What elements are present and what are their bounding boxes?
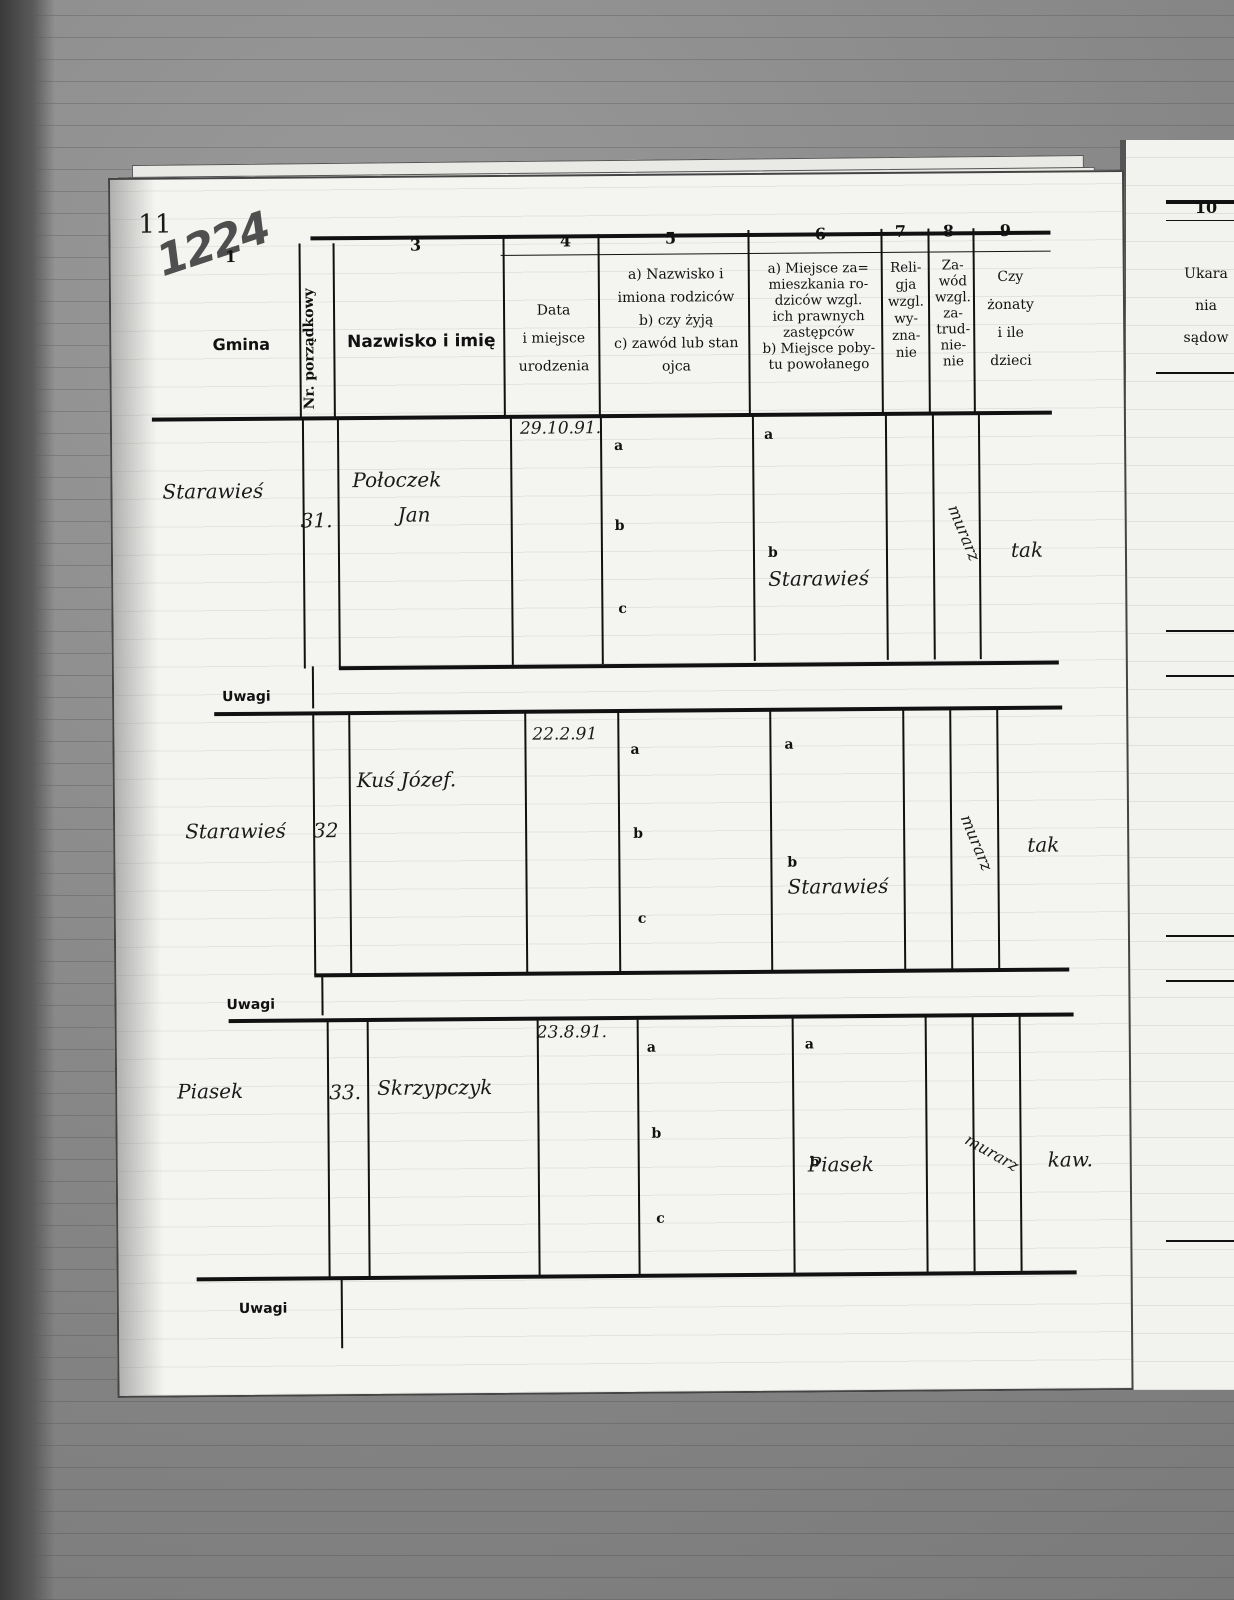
column-number-9: 9 (990, 223, 1020, 239)
column-header-religion: Reli- gja wzgl. wy- zna- nie (881, 260, 932, 362)
entry-1-label-a: a (614, 438, 623, 454)
column-header-birth: Data i miejsce urodzenia (506, 296, 602, 381)
binding-shadow (0, 0, 55, 1600)
page-edge-shadow (110, 180, 165, 1396)
entry-3-married: kaw. (1048, 1147, 1093, 1171)
header-line: sądow (1156, 322, 1234, 354)
header-line: b) czy żyją (601, 309, 751, 333)
entry-2-residence: Starawieś (787, 874, 888, 899)
header-line: imiona rodziców (601, 286, 751, 310)
header-line: wzgl. (929, 289, 977, 305)
column-header-gmina: Gmina (181, 336, 301, 353)
header-line: wy- (881, 311, 931, 328)
entry-2-residence-label-b: b (787, 855, 797, 871)
header-line: urodzenia (506, 352, 601, 381)
header-line: za- (929, 305, 977, 321)
entry-1-gmina: Starawieś (162, 479, 263, 504)
column-header-10: Ukara nia sądow (1156, 258, 1234, 354)
entry-3-occupation: murarz (962, 1130, 1022, 1176)
column-number-3: 3 (400, 237, 430, 253)
entry-2-occupation: murarz (957, 812, 997, 874)
column-header-occupation: Za- wód wzgl. za- trud- nie- nie (929, 257, 978, 369)
header-line: c) zawód lub stan (601, 332, 751, 356)
entry-1-surname: Połoczek (352, 467, 441, 492)
header-line: gja (881, 277, 931, 294)
header-line: Data (506, 296, 601, 325)
header-line: ojca (601, 355, 751, 379)
entry-2-label-c: c (638, 911, 647, 927)
column-number-10: 10 (1176, 200, 1234, 216)
entry-1-label-c: c (618, 601, 627, 617)
header-line: nia (1156, 290, 1234, 322)
entry-2-remarks-label: Uwagi (226, 997, 275, 1013)
column-number-5: 5 (655, 230, 685, 246)
header-line: i ile (973, 319, 1048, 348)
entry-3-label-b: b (651, 1126, 661, 1142)
entry-3-remarks-label: Uwagi (239, 1301, 288, 1317)
entry-3-birth-date: 23.8.91. (537, 1022, 607, 1043)
entry-1-residence-label-b: b (768, 545, 778, 561)
header-line: Za- (929, 257, 977, 273)
adjacent-page: 10 Ukara nia sądow (1120, 140, 1234, 1390)
header-line: ich prawnych (751, 308, 886, 325)
header-line: dzieci (973, 347, 1048, 376)
entry-3-residence-label-a: a (805, 1036, 814, 1052)
entry-2-name: Kuś Józef. (357, 767, 457, 792)
entry-3-residence: Piasek (808, 1152, 874, 1177)
column-number-6: 6 (805, 226, 835, 242)
header-line: wód (929, 273, 977, 289)
header-line: trud- (929, 321, 977, 337)
entry-3-nr: 33. (329, 1080, 361, 1104)
column-number-7: 7 (885, 224, 915, 240)
column-header-nr: Nr. porządkowy (301, 273, 326, 423)
entry-3-gmina: Piasek (177, 1079, 243, 1104)
entry-3-name: Skrzypczyk (377, 1075, 492, 1100)
entry-1-birth-date: 29.10.91. (520, 418, 601, 439)
header-line: nie- (929, 337, 977, 353)
entry-3-label-a: a (647, 1040, 656, 1056)
entry-1-married: tak (1011, 538, 1043, 562)
column-number-8: 8 (933, 223, 963, 239)
entry-1-residence: Starawieś (768, 566, 869, 591)
header-line: tu powołanego (751, 356, 886, 373)
entry-2-nr: 32 (313, 818, 339, 842)
entry-1-remarks-label: Uwagi (222, 689, 271, 705)
header-line: nie (881, 345, 931, 362)
column-number-4: 4 (550, 233, 580, 249)
column-header-name: Nazwisko i imię (336, 333, 506, 350)
header-line: a) Miejsce za= (751, 260, 886, 277)
entry-1-firstname: Jan (398, 502, 431, 526)
header-line: mieszkania ro- (751, 276, 886, 293)
column-header-married: Czy żonaty i ile dzieci (973, 263, 1049, 376)
entry-2-label-a: a (630, 742, 639, 758)
column-header-residence: a) Miejsce za= mieszkania ro- dziców wzg… (751, 260, 887, 373)
entry-2-gmina: Starawieś (185, 819, 286, 844)
entry-2-married: tak (1027, 833, 1059, 857)
entry-2-birth-date: 22.2.91 (532, 724, 597, 745)
header-line: Ukara (1156, 258, 1234, 290)
entry-1-label-b: b (615, 518, 625, 534)
column-header-parents: a) Nazwisko i imiona rodziców b) czy żyj… (601, 263, 752, 379)
header-line: b) Miejsce poby- (751, 340, 886, 357)
entry-2-label-b: b (633, 826, 643, 842)
header-line: zastępców (751, 324, 886, 341)
header-line: Reli- (881, 260, 931, 277)
entry-1-residence-label-a: a (764, 427, 773, 443)
entry-3-label-c: c (656, 1211, 665, 1227)
header-line: wzgl. (881, 294, 931, 311)
header-line: nie (929, 353, 977, 369)
header-line: dziców wzgl. (751, 292, 886, 309)
header-line: i miejsce (506, 324, 601, 353)
entry-1-nr: 31. (301, 508, 333, 532)
header-line: a) Nazwisko i (601, 263, 751, 287)
header-line: żonaty (973, 291, 1048, 320)
entry-2-residence-label-a: a (784, 737, 793, 753)
header-line: zna- (881, 328, 931, 345)
column-number-1: 1 (216, 249, 246, 265)
register-sheet: 11 1224 1 3 4 5 6 7 8 9 Gmina Nr. porząd… (108, 170, 1134, 1398)
header-line: Czy (973, 263, 1048, 292)
